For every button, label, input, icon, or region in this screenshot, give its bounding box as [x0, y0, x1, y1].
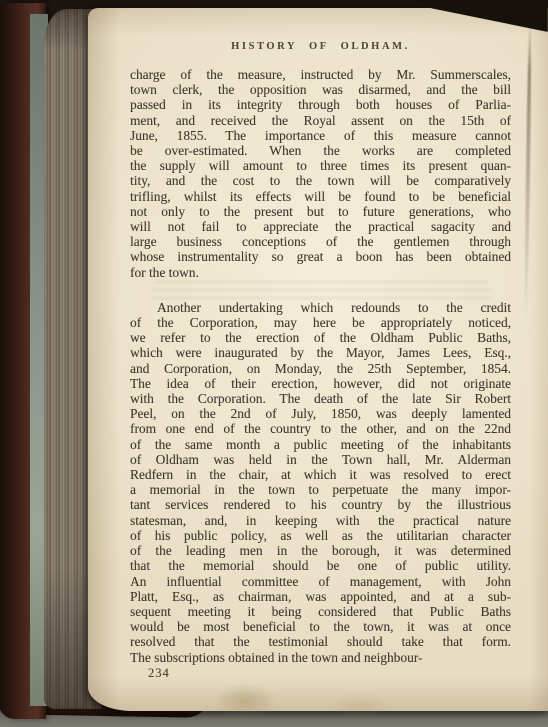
- text-line: and Corporation, on Monday, the 25th Sep…: [130, 361, 511, 376]
- text-line: resolved that the testimonial should tak…: [130, 634, 511, 649]
- text-line: will not fail to appreciate the practica…: [130, 219, 511, 234]
- page-text: charge of the measure, instructed by Mr.…: [130, 67, 511, 665]
- text-line: from one end of the country to the other…: [130, 421, 511, 436]
- text-line: ment, and received the Royal assent on t…: [130, 113, 511, 128]
- text-line: would be most beneficial to the town, it…: [130, 619, 511, 634]
- text-line: large business conceptions of the gentle…: [130, 234, 511, 249]
- text-line: with the Corporation. The death of the l…: [130, 391, 511, 406]
- text-line: a memorial in the town to perpetuate the…: [130, 482, 511, 497]
- text-line: Platt, Esq., as chairman, was appointed,…: [130, 589, 511, 604]
- running-header: HISTORY OF OLDHAM.: [130, 41, 511, 52]
- page-number: 234: [148, 666, 170, 681]
- text-line: passed in its integrity through both hou…: [130, 97, 511, 112]
- text-line: sequent meeting it being considered that…: [130, 604, 511, 619]
- text-line: the supply will amount to three times it…: [130, 158, 511, 173]
- text-line: The subscriptions obtained in the town a…: [130, 650, 511, 665]
- text-line: trifling, whilst its effects will be fou…: [130, 189, 511, 204]
- scanned-book-page-photo: HISTORY OF OLDHAM. charge of the measure…: [0, 0, 548, 727]
- paper-stain: [200, 676, 290, 726]
- paper-stain: [320, 686, 400, 727]
- text-line: we refer to the erection of the Oldham P…: [130, 330, 511, 345]
- text-line: town clerk, the opposition was disarmed,…: [130, 82, 511, 97]
- text-line: not only to the present but to future ge…: [130, 204, 511, 219]
- text-line: whose instrumentality so great a boon ha…: [130, 249, 511, 264]
- text-line: An influential committee of management, …: [130, 574, 511, 589]
- text-line: for the town.: [130, 265, 511, 280]
- text-line: of the leading men in the borough, it wa…: [130, 543, 511, 558]
- text-line: that the memorial should be one of publi…: [130, 558, 511, 573]
- text-line: Another undertaking which redounds to th…: [130, 300, 511, 315]
- text-line: tant services rendered to his country by…: [130, 497, 511, 512]
- paragraph: Another undertaking which redounds to th…: [130, 300, 511, 665]
- text-line: of Oldham was held in the Town hall, Mr.…: [130, 452, 511, 467]
- text-line: be over-estimated. When the works are co…: [130, 143, 511, 158]
- text-line: of the same month a public meeting of th…: [130, 437, 511, 452]
- text-line: Peel, on the 2nd of July, 1850, was deep…: [130, 406, 511, 421]
- text-line: Redfern in the chair, at which it was re…: [130, 467, 511, 482]
- text-line: The idea of their erection, however, did…: [130, 376, 511, 391]
- text-line: statesman, and, in keeping with the prac…: [130, 513, 511, 528]
- text-line: June, 1855. The importance of this measu…: [130, 128, 511, 143]
- text-line: of his public policy, as well as the uti…: [130, 528, 511, 543]
- text-line: of the Corporation, may here be appropri…: [130, 315, 511, 330]
- text-line: which were inaugurated by the Mayor, Jam…: [130, 345, 511, 360]
- text-line: tity, and the cost to the town will be c…: [130, 173, 511, 188]
- text-line: charge of the measure, instructed by Mr.…: [130, 67, 511, 82]
- paragraph: charge of the measure, instructed by Mr.…: [130, 67, 511, 280]
